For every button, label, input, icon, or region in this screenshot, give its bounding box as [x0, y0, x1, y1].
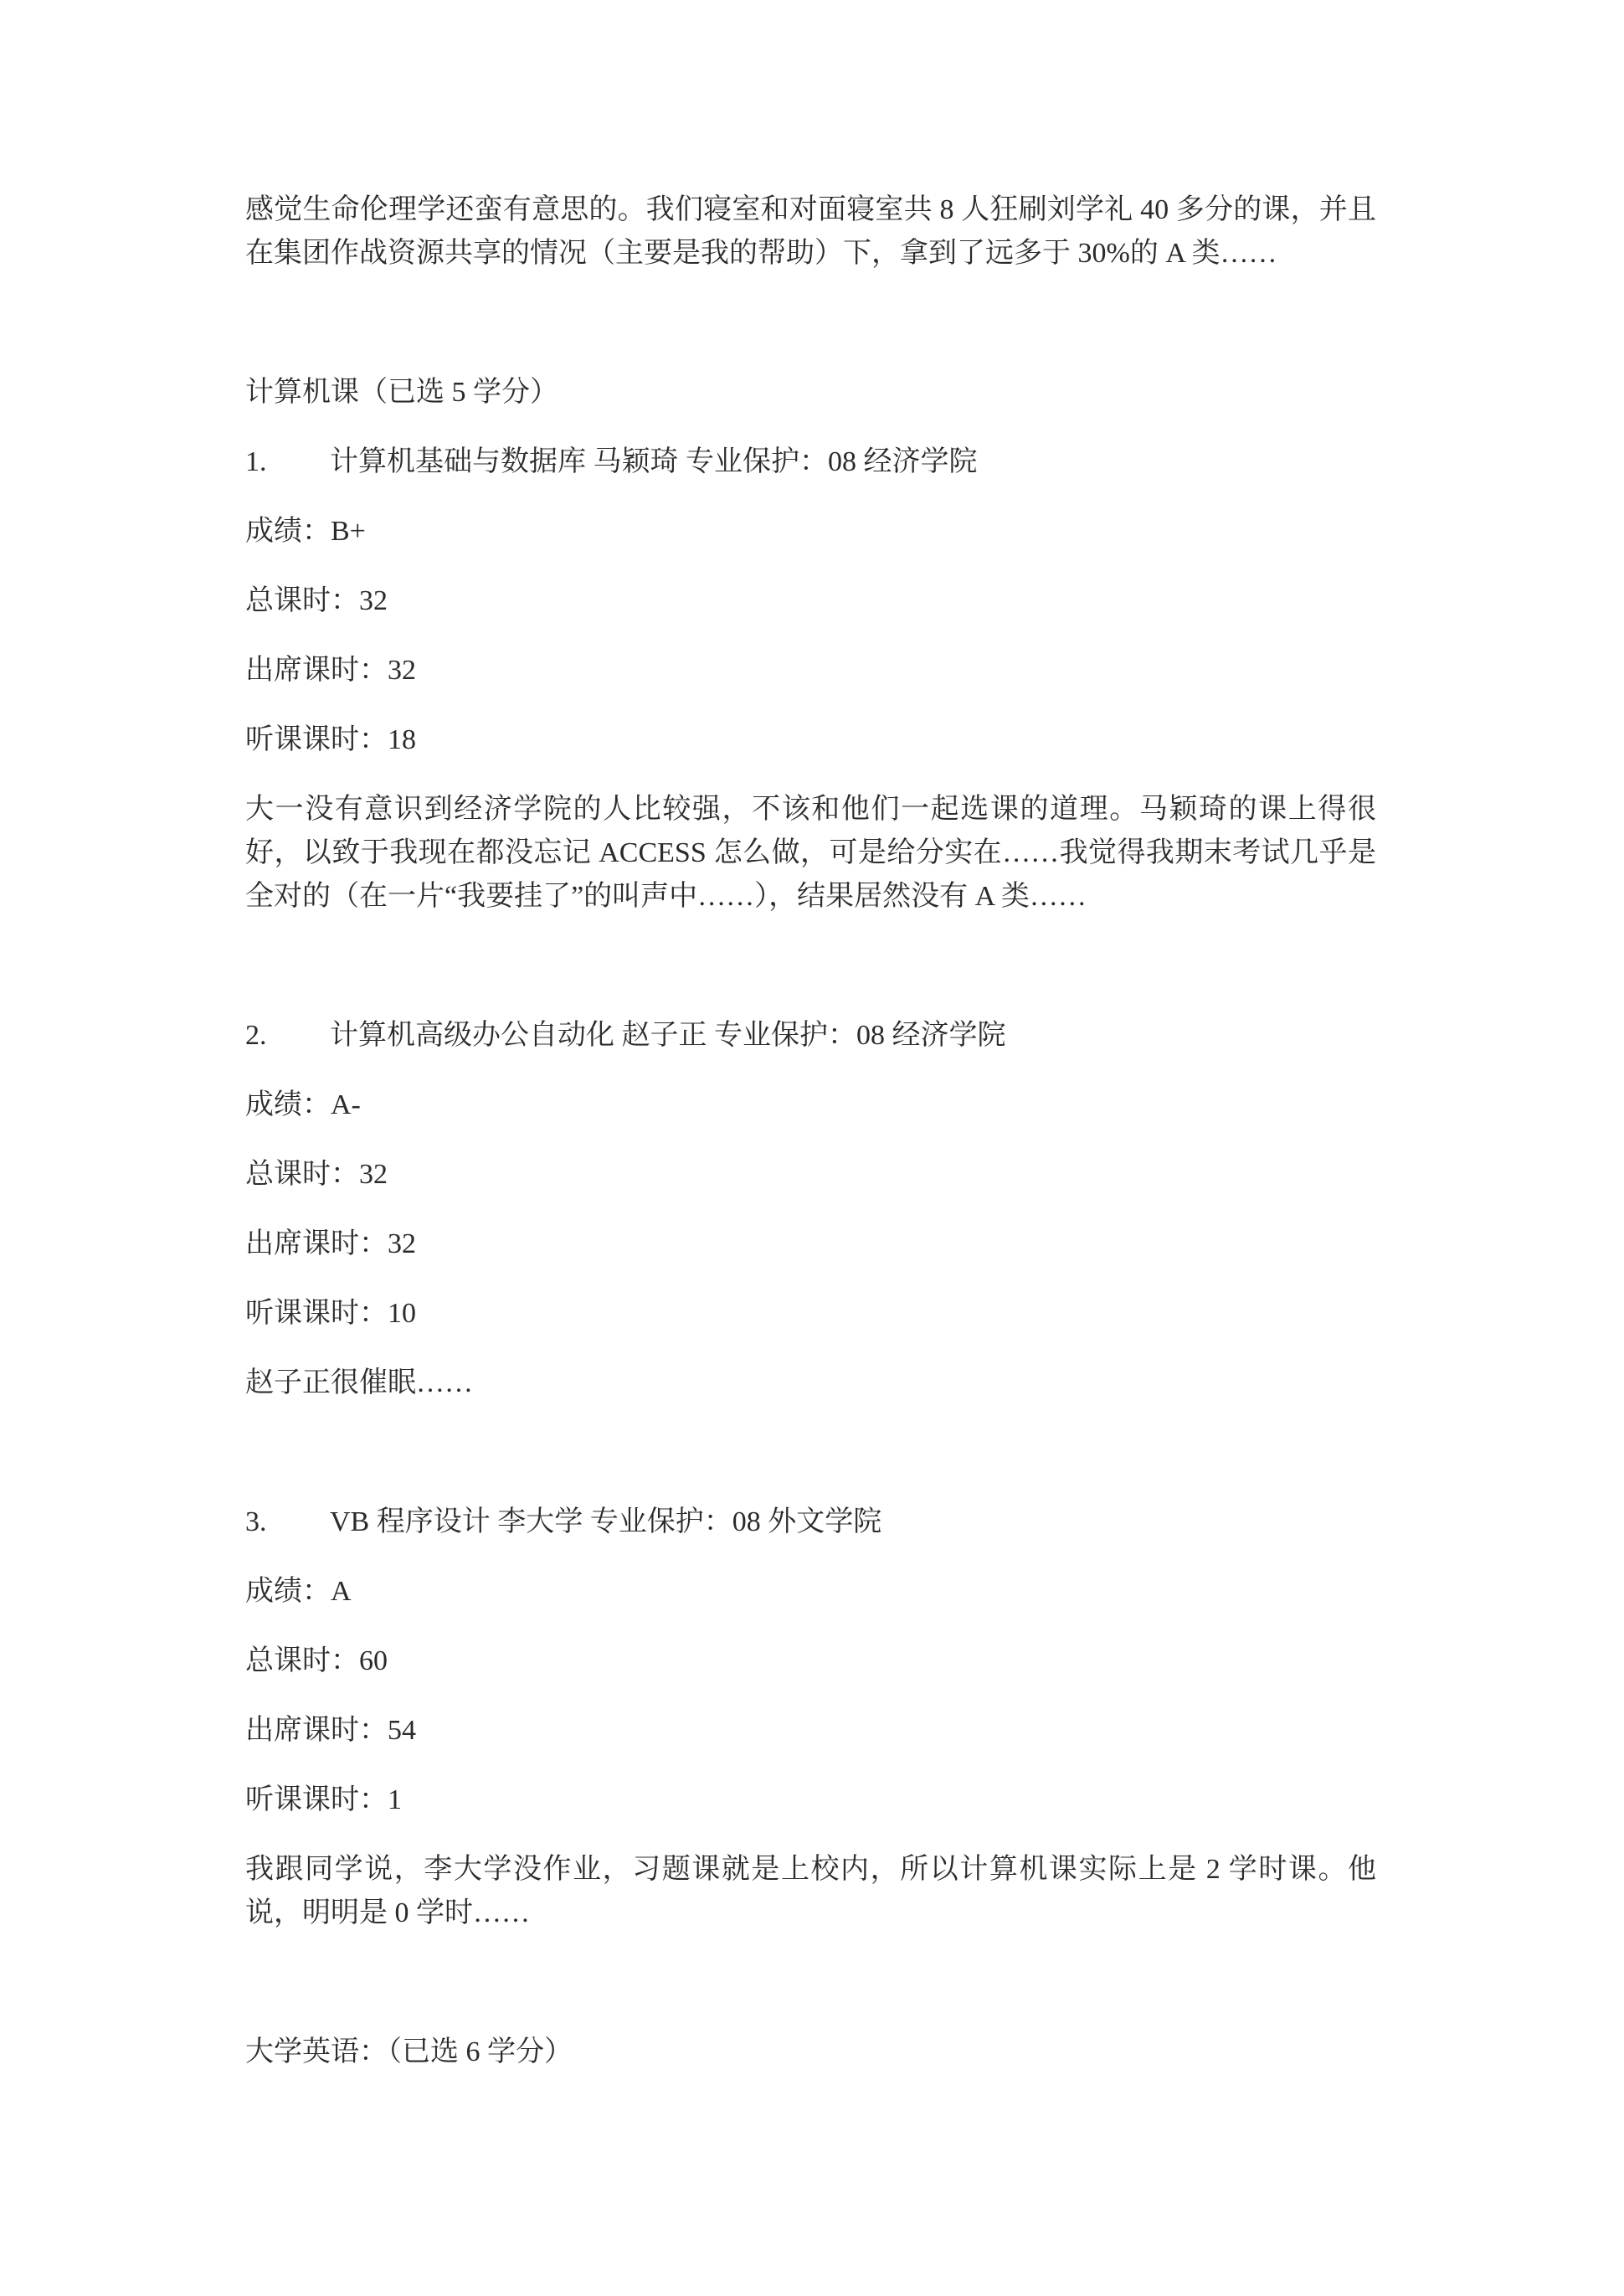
course-2-number: 2. — [245, 1014, 330, 1058]
course-3-title: VB 程序设计 李大学 专业保护：08 外文学院 — [330, 1506, 881, 1537]
course-3-grade: 成绩：A — [245, 1570, 1376, 1614]
course-3-comment: 我跟同学说，李大学没作业，习题课就是上校内，所以计算机课实际上是 2 学时课。他… — [245, 1848, 1376, 1935]
blank-line — [245, 1431, 1376, 1501]
course-1-comment: 大一没有意识到经济学院的人比较强，不该和他们一起选课的道理。马颖琦的课上得很好，… — [245, 788, 1376, 919]
course-3-title-line: 3.VB 程序设计 李大学 专业保护：08 外文学院 — [245, 1501, 1376, 1544]
course-2-listened-hours: 听课课时：10 — [245, 1292, 1376, 1336]
blank-line — [245, 1961, 1376, 2031]
course-1-total-hours: 总课时：32 — [245, 579, 1376, 623]
course-1-grade: 成绩：B+ — [245, 510, 1376, 553]
course-1-listened-hours: 听课课时：18 — [245, 718, 1376, 762]
course-1-attended-hours: 出席课时：32 — [245, 649, 1376, 692]
intro-paragraph: 感觉生命伦理学还蛮有意思的。我们寝室和对面寝室共 8 人狂刷刘学礼 40 多分的… — [245, 188, 1376, 275]
course-1-number: 1. — [245, 440, 330, 484]
course-2-title: 计算机高级办公自动化 赵子正 专业保护：08 经济学院 — [330, 1020, 1006, 1051]
course-2-comment: 赵子正很催眠…… — [245, 1362, 1376, 1405]
course-1-title-line: 1.计算机基础与数据库 马颖琦 专业保护：08 经济学院 — [245, 440, 1376, 484]
course-2-attended-hours: 出席课时：32 — [245, 1223, 1376, 1266]
computer-section-heading: 计算机课（已选 5 学分） — [245, 371, 1376, 414]
course-3-attended-hours: 出席课时：54 — [245, 1709, 1376, 1753]
course-2-grade: 成绩：A- — [245, 1084, 1376, 1127]
course-3-listened-hours: 听课课时：1 — [245, 1779, 1376, 1822]
course-3-number: 3. — [245, 1501, 330, 1544]
blank-line — [245, 301, 1376, 371]
english-section-heading: 大学英语：（已选 6 学分） — [245, 2031, 1376, 2074]
blank-line — [245, 945, 1376, 1014]
course-3-total-hours: 总课时：60 — [245, 1640, 1376, 1683]
document-page: 感觉生命伦理学还蛮有意思的。我们寝室和对面寝室共 8 人狂刷刘学礼 40 多分的… — [0, 0, 1624, 2296]
course-2-total-hours: 总课时：32 — [245, 1153, 1376, 1197]
course-1-title: 计算机基础与数据库 马颖琦 专业保护：08 经济学院 — [330, 446, 978, 477]
course-2-title-line: 2.计算机高级办公自动化 赵子正 专业保护：08 经济学院 — [245, 1014, 1376, 1058]
